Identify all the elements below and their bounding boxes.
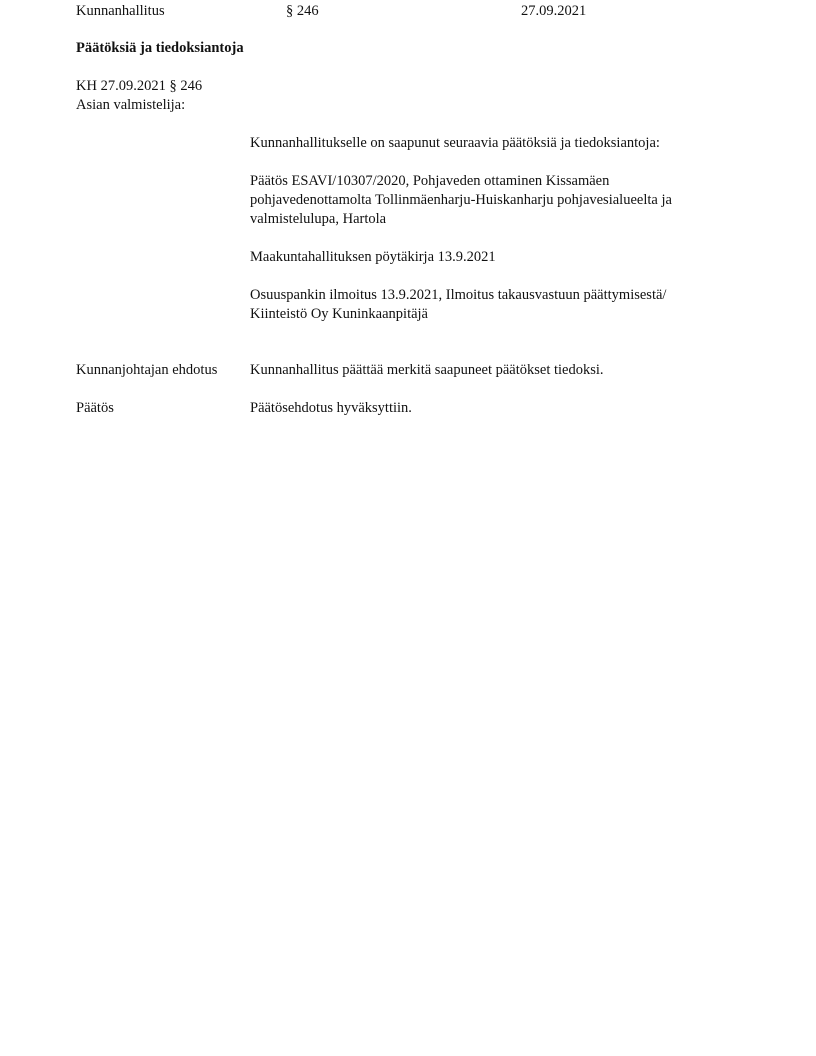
- decision-label: Päätös: [76, 399, 114, 417]
- proposal-label: Kunnanjohtajan ehdotus: [76, 361, 217, 379]
- preparer-label: Asian valmistelija:: [76, 96, 185, 114]
- body-intro: Kunnanhallitukselle on saapunut seuraavi…: [250, 134, 730, 153]
- proposal-text: Kunnanhallitus päättää merkitä saapuneet…: [250, 361, 604, 379]
- body-item-1: Päätös ESAVI/10307/2020, Pohjaveden otta…: [250, 172, 725, 229]
- header-date: 27.09.2021: [521, 2, 586, 20]
- header-section: § 246: [286, 2, 319, 20]
- header-organ: Kunnanhallitus: [76, 2, 165, 20]
- body-item-2: Maakuntahallituksen pöytäkirja 13.9.2021: [250, 248, 730, 267]
- decision-text: Päätösehdotus hyväksyttiin.: [250, 399, 412, 417]
- meeting-reference: KH 27.09.2021 § 246: [76, 77, 202, 95]
- page-title: Päätöksiä ja tiedoksiantoja: [76, 39, 244, 57]
- body-item-3: Osuuspankin ilmoitus 13.9.2021, Ilmoitus…: [250, 286, 720, 324]
